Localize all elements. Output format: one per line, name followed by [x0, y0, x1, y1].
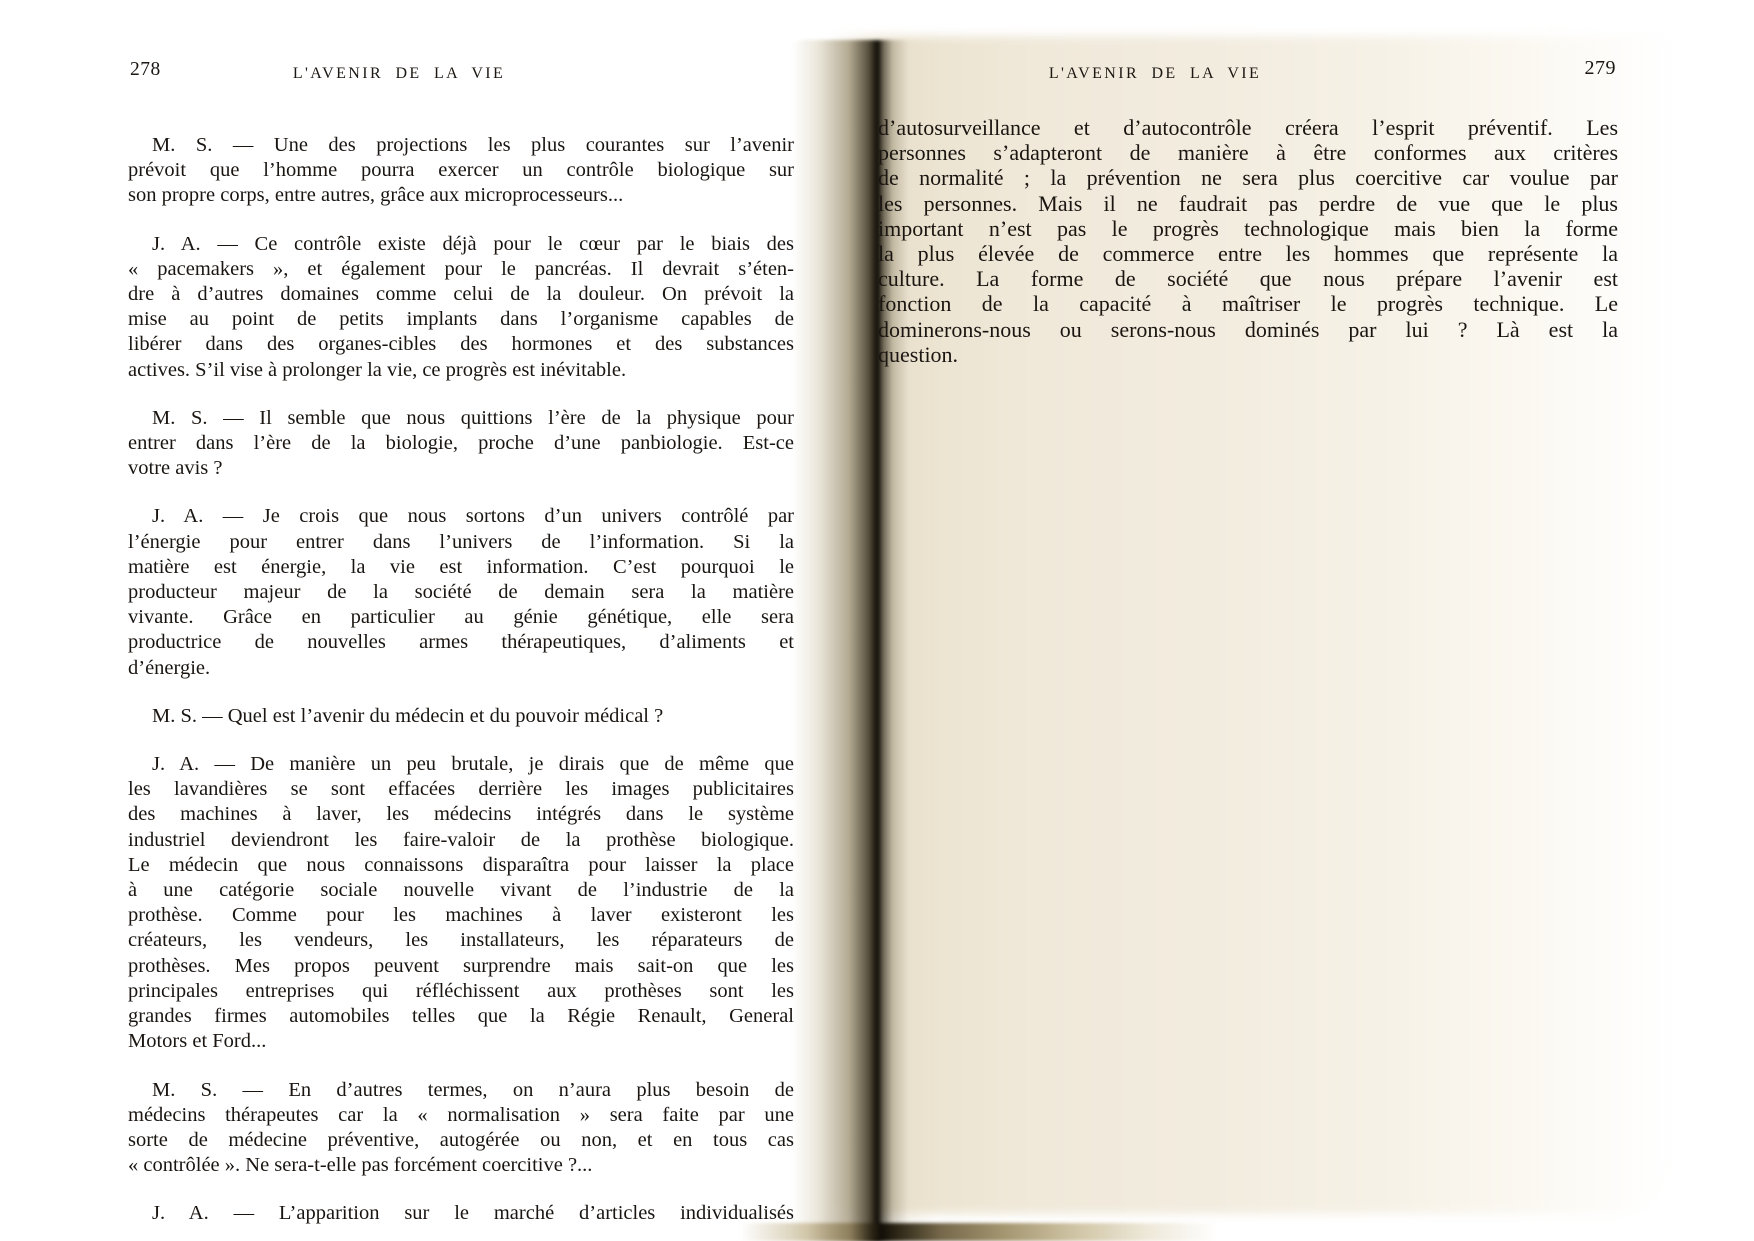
text-line: libérer dans des organes-cibles des horm…: [128, 332, 794, 357]
text-line: des machines à laver, les médecins intég…: [128, 802, 794, 827]
running-title-left: L'AVENIR DE LA VIE: [219, 65, 579, 83]
text-line: important n’est pas le progrès technolog…: [878, 216, 1618, 241]
text-line: créateurs, les vendeurs, les installateu…: [128, 928, 794, 953]
paragraph: J. A. — L’apparition sur le marché d’art…: [128, 1201, 794, 1226]
text-line: matière est énergie, la vie est informat…: [128, 555, 794, 580]
text-line: « contrôlée ». Ne sera-t-elle pas forcém…: [128, 1153, 794, 1178]
text-line: J. A. — De manière un peu brutale, je di…: [128, 752, 794, 777]
page-right-header: L'AVENIR DE LA VIE 279: [878, 57, 1618, 87]
text-line: principales entreprises qui réfléchissen…: [128, 979, 794, 1004]
text-line: entrer dans l’ère de la biologie, proche…: [128, 431, 794, 456]
text-line: J. A. — Je crois que nous sortons d’un u…: [128, 504, 794, 529]
text-line: producteur majeur de la société de demai…: [128, 580, 794, 605]
paragraph: J. A. — Je crois que nous sortons d’un u…: [128, 504, 794, 680]
text-line: M. S. — Il semble que nous quittions l’è…: [128, 406, 794, 431]
text-line: culture. La forme de société que nous pr…: [878, 266, 1618, 291]
book-spread-scan: 278 L'AVENIR DE LA VIE M. S. — Une des p…: [0, 0, 1754, 1241]
page-right-body: d’autosurveillance et d’autocontrôle cré…: [878, 115, 1618, 367]
text-line: J. A. — L’apparition sur le marché d’art…: [128, 1201, 794, 1226]
paragraph: J. A. — Ce contrôle existe déjà pour le …: [128, 232, 794, 383]
running-title-right: L'AVENIR DE LA VIE: [975, 65, 1335, 83]
text-line: médecins thérapeutes car la « normalisat…: [128, 1103, 794, 1128]
page-right: L'AVENIR DE LA VIE 279 d’autosurveillanc…: [878, 57, 1618, 367]
text-line: l’énergie pour entrer dans l’univers de …: [128, 530, 794, 555]
text-line: actives. S’il vise à prolonger la vie, c…: [128, 358, 794, 383]
text-line: grandes firmes automobiles telles que la…: [128, 1004, 794, 1029]
page-left-header: 278 L'AVENIR DE LA VIE: [128, 57, 794, 87]
text-line: M. S. — En d’autres termes, on n’aura pl…: [128, 1078, 794, 1103]
text-line: vivante. Grâce en particulier au génie g…: [128, 605, 794, 630]
text-line: « pacemakers », et également pour le pan…: [128, 257, 794, 282]
text-line: dre à d’autres domaines comme celui de l…: [128, 282, 794, 307]
text-line: M. S. — Quel est l’avenir du médecin et …: [128, 704, 794, 729]
text-line: productrice de nouvelles armes thérapeut…: [128, 630, 794, 655]
text-line: sorte de médecine préventive, autogérée …: [128, 1128, 794, 1153]
paragraph: M. S. — Il semble que nous quittions l’è…: [128, 406, 794, 482]
text-line: Motors et Ford...: [128, 1029, 794, 1054]
text-line: prothèses. Mes propos peuvent surprendre…: [128, 954, 794, 979]
text-line: personnes s’adapteront de manière à être…: [878, 140, 1618, 165]
text-line: prévoit que l’homme pourra exercer un co…: [128, 158, 794, 183]
text-line: son propre corps, entre autres, grâce au…: [128, 183, 794, 208]
text-line: dominerons-nous ou serons-nous dominés p…: [878, 317, 1618, 342]
text-line: d’autosurveillance et d’autocontrôle cré…: [878, 115, 1618, 140]
text-line: M. S. — Une des projections les plus cou…: [128, 133, 794, 158]
text-line: fonction de la capacité à maîtriser le p…: [878, 291, 1618, 316]
paragraph: M. S. — Quel est l’avenir du médecin et …: [128, 704, 794, 729]
spine-bottom-shadow: [740, 1223, 1218, 1241]
text-line: prothèse. Comme pour les machines à lave…: [128, 903, 794, 928]
text-line: Le médecin que nous connaissons disparaî…: [128, 853, 794, 878]
text-line: votre avis ?: [128, 456, 794, 481]
text-line: à une catégorie sociale nouvelle vivant …: [128, 878, 794, 903]
text-line: les personnes. Mais il ne faudrait pas p…: [878, 191, 1618, 216]
text-line: de normalité ; la prévention ne sera plu…: [878, 165, 1618, 190]
paragraph: J. A. — De manière un peu brutale, je di…: [128, 752, 794, 1054]
paragraph: d’autosurveillance et d’autocontrôle cré…: [878, 115, 1618, 367]
text-line: la plus élevée de commerce entre les hom…: [878, 241, 1618, 266]
page-left: 278 L'AVENIR DE LA VIE M. S. — Une des p…: [128, 57, 794, 1227]
page-number-right: 279: [1585, 57, 1617, 80]
text-line: J. A. — Ce contrôle existe déjà pour le …: [128, 232, 794, 257]
paragraph: M. S. — Une des projections les plus cou…: [128, 133, 794, 209]
page-left-body: M. S. — Une des projections les plus cou…: [128, 133, 794, 1227]
text-line: mise au point de petits implants dans l’…: [128, 307, 794, 332]
paragraph: M. S. — En d’autres termes, on n’aura pl…: [128, 1078, 794, 1179]
text-line: question.: [878, 342, 1618, 367]
page-number-left: 278: [130, 59, 161, 81]
text-line: d’énergie.: [128, 656, 794, 681]
text-line: industriel deviendront les faire-valoir …: [128, 828, 794, 853]
text-line: les lavandières se sont effacées derrièr…: [128, 777, 794, 802]
